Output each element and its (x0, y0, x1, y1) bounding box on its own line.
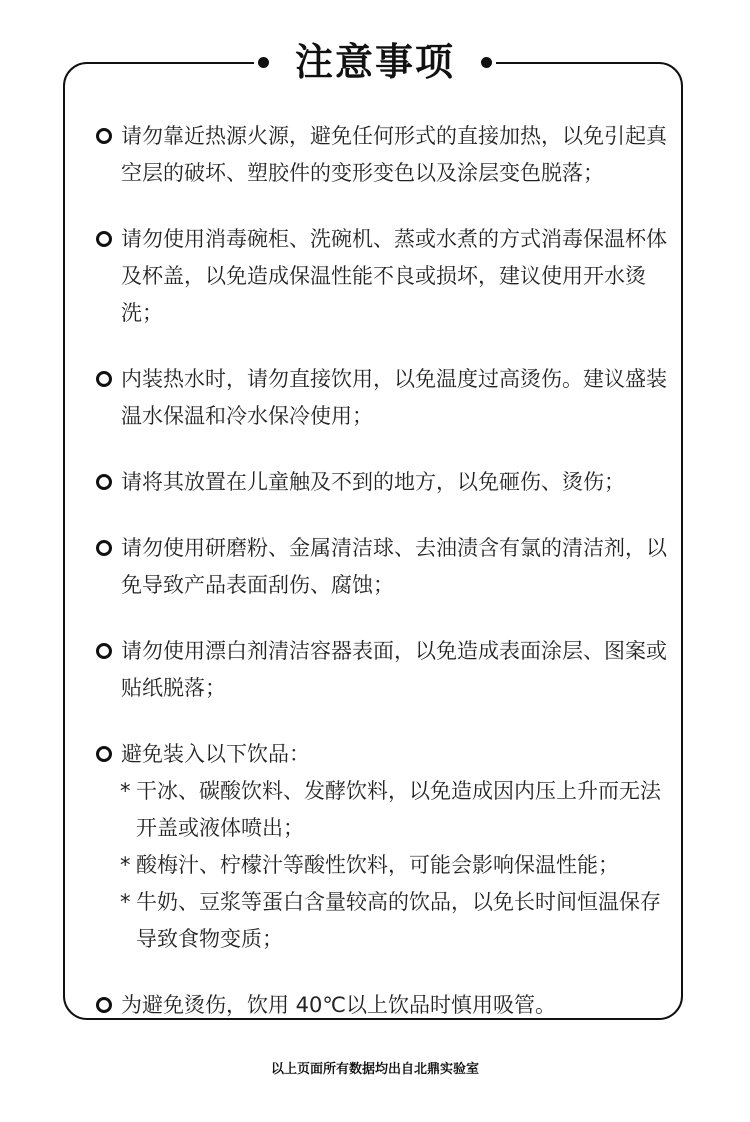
item-text: 内装热水时，请勿直接饮用，以免温度过高烫伤。建议盛装温水保温和冷水保冷使用； (121, 361, 676, 435)
item-text: 请将其放置在儿童触及不到的地方，以免砸伤、烫伤； (121, 464, 676, 501)
item-text: 避免装入以下饮品： (121, 736, 676, 773)
title-left-dot-icon (258, 57, 269, 68)
list-item: 为避免烫伤，饮用 40℃以上饮品时慎用吸管。 (96, 987, 686, 1024)
list-item: 内装热水时，请勿直接饮用，以免温度过高烫伤。建议盛装温水保温和冷水保冷使用； (96, 361, 686, 435)
item-text: 请勿使用漂白剂清洁容器表面，以免造成表面涂层、图案或贴纸脱落； (121, 633, 676, 707)
sub-item: * 牛奶、豆浆等蛋白含量较高的饮品，以免长时间恒温保存导致食物变质； (120, 884, 676, 958)
page-title: 注意事项 (295, 38, 455, 86)
asterisk-marker: * (120, 773, 136, 847)
sub-item-text: 牛奶、豆浆等蛋白含量较高的饮品，以免长时间恒温保存导致食物变质； (136, 884, 676, 958)
item-text: 请勿靠近热源火源，避免任何形式的直接加热，以免引起真空层的破坏、塑胶件的变形变色… (121, 118, 676, 192)
item-text: 为避免烫伤，饮用 40℃以上饮品时慎用吸管。 (121, 987, 676, 1024)
footer-note: 以上页面所有数据均出自北鼎实验室 (0, 1058, 750, 1077)
sub-item: * 干冰、碳酸饮料、发酵饮料，以免造成因内压上升而无法开盖或液体喷出； (120, 773, 676, 847)
circle-bullet-icon (96, 128, 112, 144)
sub-item-text: 干冰、碳酸饮料、发酵饮料，以免造成因内压上升而无法开盖或液体喷出； (136, 773, 676, 847)
asterisk-marker: * (120, 884, 136, 958)
list-item: 请勿使用研磨粉、金属清洁球、去油渍含有氯的清洁剂，以免导致产品表面刮伤、腐蚀； (96, 530, 686, 604)
list-item-drinks: 避免装入以下饮品： * 干冰、碳酸饮料、发酵饮料，以免造成因内压上升而无法开盖或… (96, 736, 686, 958)
circle-bullet-icon (96, 231, 112, 247)
list-item: 请勿使用漂白剂清洁容器表面，以免造成表面涂层、图案或贴纸脱落； (96, 633, 686, 707)
list-item: 请勿靠近热源火源，避免任何形式的直接加热，以免引起真空层的破坏、塑胶件的变形变色… (96, 118, 686, 192)
title-bar: 注意事项 (0, 38, 750, 86)
circle-bullet-icon (96, 474, 112, 490)
item-text: 请勿使用消毒碗柜、洗碗机、蒸或水煮的方式消毒保温杯体及杯盖，以免造成保温性能不良… (121, 221, 676, 332)
circle-bullet-icon (96, 746, 112, 762)
circle-bullet-icon (96, 540, 112, 556)
list-item: 请勿使用消毒碗柜、洗碗机、蒸或水煮的方式消毒保温杯体及杯盖，以免造成保温性能不良… (96, 221, 686, 332)
list-item: 请将其放置在儿童触及不到的地方，以免砸伤、烫伤； (96, 464, 686, 501)
item-text: 请勿使用研磨粉、金属清洁球、去油渍含有氯的清洁剂，以免导致产品表面刮伤、腐蚀； (121, 530, 676, 604)
circle-bullet-icon (96, 643, 112, 659)
circle-bullet-icon (96, 371, 112, 387)
asterisk-marker: * (120, 847, 136, 884)
circle-bullet-icon (96, 997, 112, 1013)
sub-item: * 酸梅汁、柠檬汁等酸性饮料，可能会影响保温性能； (120, 847, 676, 884)
sub-item-text: 酸梅汁、柠檬汁等酸性饮料，可能会影响保温性能； (136, 847, 676, 884)
title-right-dot-icon (481, 57, 492, 68)
notice-list: 请勿靠近热源火源，避免任何形式的直接加热，以免引起真空层的破坏、塑胶件的变形变色… (96, 118, 686, 1053)
